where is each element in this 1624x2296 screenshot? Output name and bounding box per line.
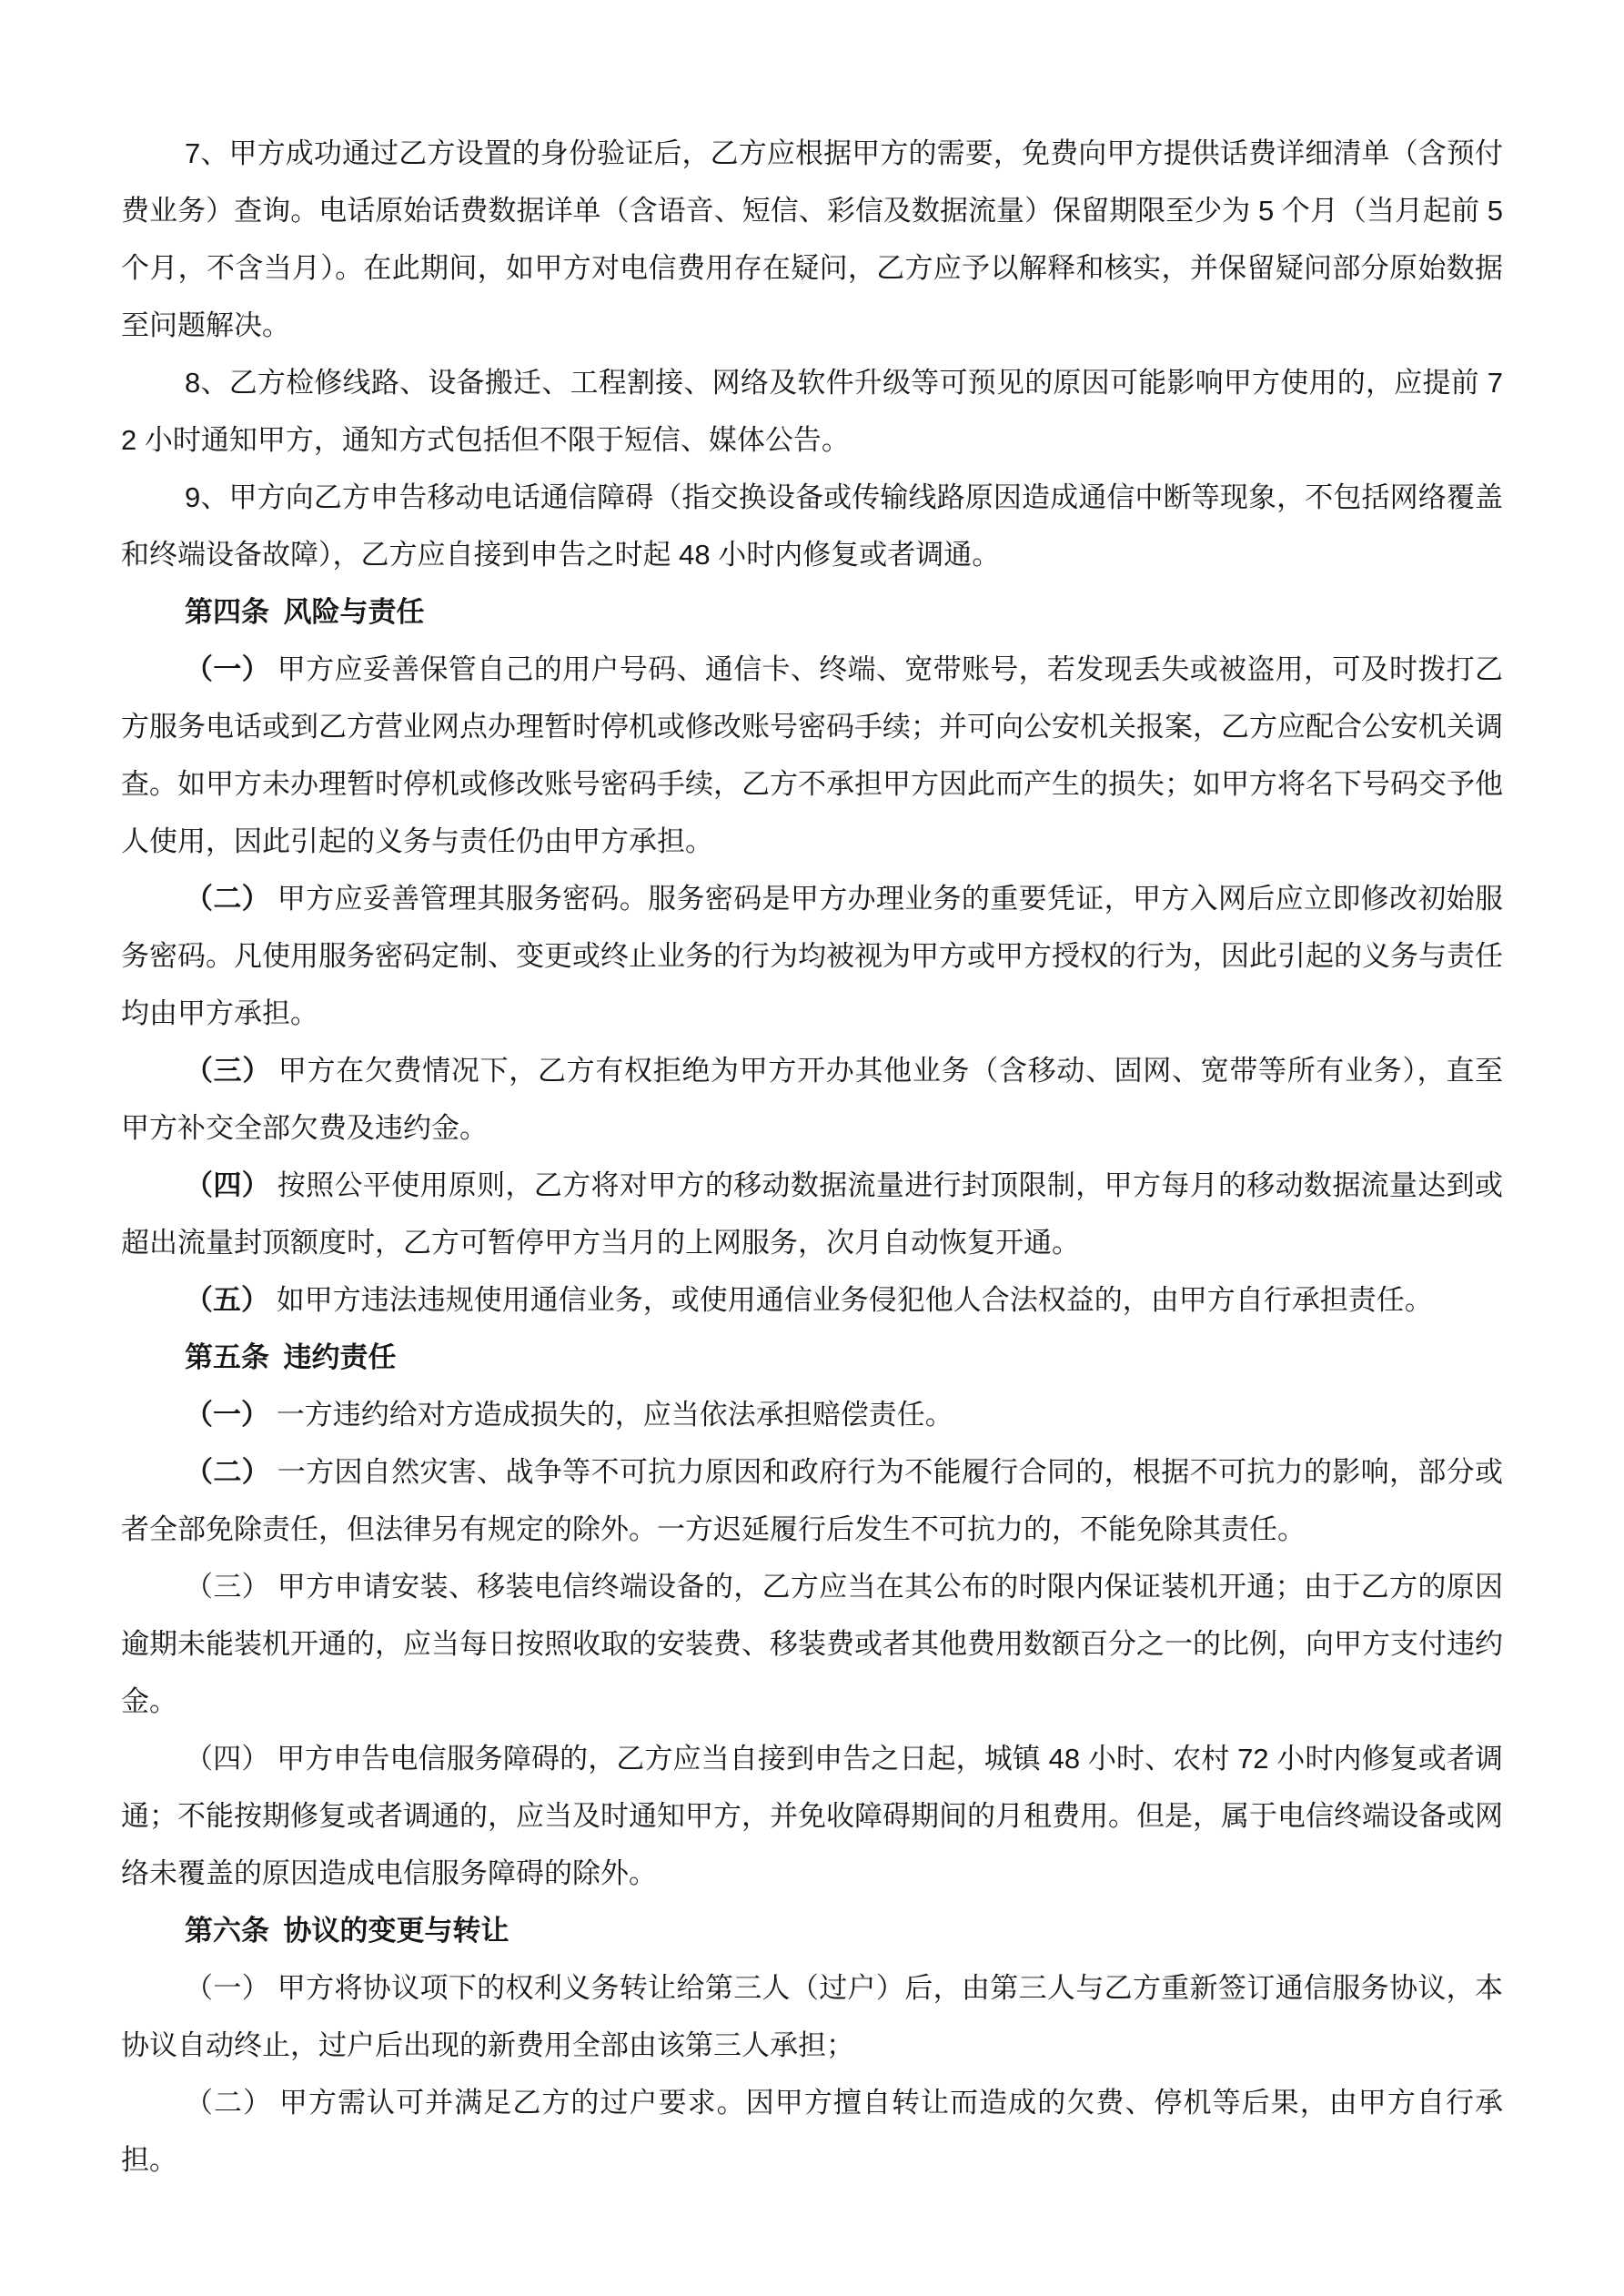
document-body: 7、甲方成功通过乙方设置的身份验证后，乙方应根据甲方的需要，免费向甲方提供话费详… <box>121 125 1503 2189</box>
clause-marker: （二） <box>185 883 270 915</box>
clause-item: （四）按照公平使用原则，乙方将对甲方的移动数据流量进行封顶限制，甲方每月的移动数… <box>121 1157 1503 1271</box>
section-title: 风险与责任 <box>284 596 425 628</box>
clause-marker: （二） <box>185 2087 272 2119</box>
clause-text: 甲方应妥善保管自己的用户号码、通信卡、终端、宽带账号，若发现丢失或被盗用，可及时… <box>121 653 1503 857</box>
clause-marker: （三） <box>185 1055 271 1087</box>
clause-item: （三）甲方申请安装、移装电信终端设备的，乙方应当在其公布的时限内保证装机开通；由… <box>121 1558 1503 1730</box>
section-number: 第四条 <box>185 596 269 628</box>
clause-marker: （五） <box>185 1284 269 1316</box>
clause-text: 甲方应妥善管理其服务密码。服务密码是甲方办理业务的重要凭证，甲方入网后应立即修改… <box>121 883 1503 1029</box>
clause-text: 甲方在欠费情况下，乙方有权拒绝为甲方开办其他业务（含移动、固网、宽带等所有业务）… <box>121 1055 1503 1144</box>
section-heading: 第五条违约责任 <box>121 1329 1503 1386</box>
section-heading: 第六条协议的变更与转让 <box>121 1902 1503 1959</box>
clause-text: 甲方将协议项下的权利义务转让给第三人（过户）后，由第三人与乙方重新签订通信服务协… <box>121 1972 1503 2061</box>
clause-item: （五）如甲方违法违规使用通信业务，或使用通信业务侵犯他人合法权益的，由甲方自行承… <box>121 1271 1503 1329</box>
clause-text: 一方因自然灾害、战争等不可抗力原因和政府行为不能履行合同的，根据不可抗力的影响，… <box>121 1456 1503 1545</box>
clause-text: 一方违约给对方造成损失的，应当依法承担赔偿责任。 <box>277 1399 953 1431</box>
clause-item: （二）一方因自然灾害、战争等不可抗力原因和政府行为不能履行合同的，根据不可抗力的… <box>121 1443 1503 1558</box>
clause-item: （二）甲方需认可并满足乙方的过户要求。因甲方擅自转让而造成的欠费、停机等后果，由… <box>121 2074 1503 2189</box>
body-paragraph: 7、甲方成功通过乙方设置的身份验证后，乙方应根据甲方的需要，免费向甲方提供话费详… <box>121 125 1503 354</box>
clause-item: （四）甲方申告电信服务障碍的，乙方应当自接到申告之日起，城镇 48 小时、农村 … <box>121 1730 1503 1902</box>
clause-item: （一）甲方应妥善保管自己的用户号码、通信卡、终端、宽带账号，若发现丢失或被盗用，… <box>121 641 1503 870</box>
clause-marker: （三） <box>185 1571 270 1603</box>
section-number: 第六条 <box>185 1915 269 1947</box>
clause-marker: （一） <box>185 1972 270 2004</box>
clause-text: 甲方需认可并满足乙方的过户要求。因甲方擅自转让而造成的欠费、停机等后果，由甲方自… <box>121 2087 1503 2176</box>
section-heading: 第四条风险与责任 <box>121 583 1503 641</box>
clause-marker: （一） <box>185 1399 269 1431</box>
clause-item: （一）甲方将协议项下的权利义务转让给第三人（过户）后，由第三人与乙方重新签订通信… <box>121 1959 1503 2074</box>
body-paragraph: 9、甲方向乙方申告移动电话通信障碍（指交换设备或传输线路原因造成通信中断等现象，… <box>121 469 1503 583</box>
section-title: 协议的变更与转让 <box>284 1915 509 1947</box>
clause-item: （三）甲方在欠费情况下，乙方有权拒绝为甲方开办其他业务（含移动、固网、宽带等所有… <box>121 1042 1503 1157</box>
clause-marker: （二） <box>185 1456 270 1488</box>
clause-text: 甲方申告电信服务障碍的，乙方应当自接到申告之日起，城镇 48 小时、农村 72 … <box>121 1743 1503 1889</box>
clause-item: （一）一方违约给对方造成损失的，应当依法承担赔偿责任。 <box>121 1386 1503 1443</box>
clause-text: 如甲方违法违规使用通信业务，或使用通信业务侵犯他人合法权益的，由甲方自行承担责任… <box>277 1284 1433 1316</box>
clause-marker: （一） <box>185 653 270 685</box>
section-number: 第五条 <box>185 1341 269 1373</box>
clause-text: 按照公平使用原则，乙方将对甲方的移动数据流量进行封顶限制，甲方每月的移动数据流量… <box>121 1169 1503 1259</box>
contract-page: 7、甲方成功通过乙方设置的身份验证后，乙方应根据甲方的需要，免费向甲方提供话费详… <box>0 0 1624 2296</box>
section-title: 违约责任 <box>284 1341 397 1373</box>
clause-text: 甲方申请安装、移装电信终端设备的，乙方应当在其公布的时限内保证装机开通；由于乙方… <box>121 1571 1503 1717</box>
body-paragraph: 8、乙方检修线路、设备搬迁、工程割接、网络及软件升级等可预见的原因可能影响甲方使… <box>121 354 1503 469</box>
clause-marker: （四） <box>185 1743 269 1775</box>
clause-marker: （四） <box>185 1169 270 1201</box>
clause-item: （二）甲方应妥善管理其服务密码。服务密码是甲方办理业务的重要凭证，甲方入网后应立… <box>121 870 1503 1042</box>
